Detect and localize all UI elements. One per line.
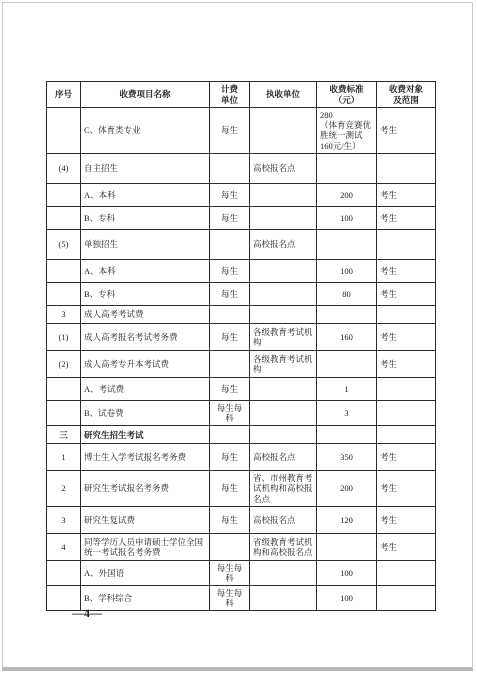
cell-agency	[250, 282, 317, 305]
cell-unit	[210, 153, 250, 183]
cell-std: 3	[317, 400, 377, 425]
cell-std: 100	[317, 560, 377, 585]
cell-agency	[250, 259, 317, 282]
cell-unit: 每生	[210, 108, 250, 154]
table-row: 1博士生入学考试报名考务费每生高校报名点350考生	[47, 444, 436, 471]
column-header-std: 收费标准 （元）	[317, 82, 377, 108]
cell-unit	[210, 229, 250, 259]
cell-std: 100	[317, 206, 377, 229]
cell-target: 考生	[377, 471, 436, 507]
table-row: B、专科每生80考生	[47, 282, 436, 305]
cell-agency: 各级教育考试机构	[250, 350, 317, 377]
cell-no	[47, 560, 81, 585]
cell-std: 200	[317, 471, 377, 507]
table-row: (2)成人高考专升本考试费各级教育考试机构考生	[47, 350, 436, 377]
cell-target: 考生	[377, 350, 436, 377]
cell-unit	[210, 305, 250, 323]
cell-no: 三	[47, 426, 81, 444]
cell-unit: 每生每科	[210, 400, 250, 425]
cell-no	[47, 108, 81, 154]
table-body: C、体育类专业每生280 （体育竞赛优胜统一测试160元/生）考生(4)自主招生…	[47, 108, 436, 611]
cell-std: 350	[317, 444, 377, 471]
column-header-agency: 执收单位	[250, 82, 317, 108]
cell-target: 考生	[377, 108, 436, 154]
fee-schedule-table: 序号 收费项目名称 计费 单位 执收单位 收费标准 （元） 收费对象 及范围 C…	[46, 81, 436, 611]
cell-name: A、外国语	[81, 560, 210, 585]
cell-no: (5)	[47, 229, 81, 259]
cell-name: 单独招生	[81, 229, 210, 259]
cell-name: 研究生复试费	[81, 506, 210, 533]
cell-target	[377, 229, 436, 259]
cell-std	[317, 350, 377, 377]
cell-target: 考生	[377, 282, 436, 305]
cell-no	[47, 259, 81, 282]
cell-no: 2	[47, 471, 81, 507]
table-row: (1)成人高考报名考试考务费每生各级教育考试机构160考生	[47, 323, 436, 350]
cell-no	[47, 282, 81, 305]
cell-agency	[250, 426, 317, 444]
cell-std	[317, 305, 377, 323]
cell-agency: 高校报名点	[250, 153, 317, 183]
cell-std	[317, 426, 377, 444]
cell-no: 1	[47, 444, 81, 471]
cell-std: 200	[317, 183, 377, 206]
cell-std: 100	[317, 259, 377, 282]
cell-unit: 每生	[210, 323, 250, 350]
cell-agency: 省、市州教育考试机构和高校报名点	[250, 471, 317, 507]
cell-no: (2)	[47, 350, 81, 377]
table-header-row: 序号 收费项目名称 计费 单位 执收单位 收费标准 （元） 收费对象 及范围	[47, 82, 436, 108]
table-row: 4同等学历人员申请硕士学位全国统一考试报名考务费省级教育考试机构和高校报名点考生	[47, 533, 436, 560]
cell-name: 同等学历人员申请硕士学位全国统一考试报名考务费	[81, 533, 210, 560]
cell-target: 考生	[377, 183, 436, 206]
table-row: B、专科每生100考生	[47, 206, 436, 229]
cell-no	[47, 183, 81, 206]
cell-agency: 高校报名点	[250, 444, 317, 471]
page-number: —4—	[72, 606, 102, 621]
cell-name: B、专科	[81, 282, 210, 305]
cell-agency: 省级教育考试机构和高校报名点	[250, 533, 317, 560]
cell-unit: 每生	[210, 183, 250, 206]
cell-agency	[250, 560, 317, 585]
cell-agency	[250, 206, 317, 229]
table-row: C、体育类专业每生280 （体育竞赛优胜统一测试160元/生）考生	[47, 108, 436, 154]
cell-target	[377, 153, 436, 183]
table-row: A、本科每生200考生	[47, 183, 436, 206]
cell-name: 研究生考试报名考务费	[81, 471, 210, 507]
cell-unit: 每生	[210, 206, 250, 229]
cell-std: 80	[317, 282, 377, 305]
cell-agency	[250, 108, 317, 154]
cell-unit: 每生	[210, 377, 250, 400]
cell-no	[47, 400, 81, 425]
cell-no: (4)	[47, 153, 81, 183]
table-row: A、外国语每生每科100	[47, 560, 436, 585]
cell-unit: 每生	[210, 259, 250, 282]
cell-std	[317, 229, 377, 259]
cell-agency	[250, 586, 317, 611]
cell-target: 考生	[377, 323, 436, 350]
cell-name: 博士生入学考试报名考务费	[81, 444, 210, 471]
cell-std	[317, 153, 377, 183]
cell-agency: 高校报名点	[250, 229, 317, 259]
cell-target: 考生	[377, 206, 436, 229]
column-header-unit: 计费 单位	[210, 82, 250, 108]
cell-name: 成人高考专升本考试费	[81, 350, 210, 377]
cell-no: 4	[47, 533, 81, 560]
cell-no: (1)	[47, 323, 81, 350]
cell-std: 100	[317, 586, 377, 611]
cell-unit: 每生	[210, 506, 250, 533]
table-row: 3研究生复试费每生高校报名点120考生	[47, 506, 436, 533]
cell-std: 160	[317, 323, 377, 350]
cell-agency	[250, 400, 317, 425]
cell-target	[377, 586, 436, 611]
cell-no	[47, 206, 81, 229]
cell-target	[377, 305, 436, 323]
cell-target	[377, 400, 436, 425]
column-header-target: 收费对象 及范围	[377, 82, 436, 108]
cell-name: 研究生招生考试	[81, 426, 210, 444]
cell-std: 120	[317, 506, 377, 533]
cell-std: 1	[317, 377, 377, 400]
cell-name: B、专科	[81, 206, 210, 229]
table-row: B、试卷费每生每科3	[47, 400, 436, 425]
cell-std	[317, 533, 377, 560]
cell-name: 成人高考报名考试考务费	[81, 323, 210, 350]
cell-unit	[210, 350, 250, 377]
cell-std: 280 （体育竞赛优胜统一测试160元/生）	[317, 108, 377, 154]
cell-agency	[250, 305, 317, 323]
cell-agency: 各级教育考试机构	[250, 323, 317, 350]
table-row: A、考试费每生1	[47, 377, 436, 400]
cell-target	[377, 426, 436, 444]
table-row: (4)自主招生高校报名点	[47, 153, 436, 183]
cell-name: B、试卷费	[81, 400, 210, 425]
cell-unit: 每生每科	[210, 586, 250, 611]
cell-name: A、本科	[81, 183, 210, 206]
cell-target: 考生	[377, 506, 436, 533]
cell-agency	[250, 377, 317, 400]
cell-unit: 每生	[210, 471, 250, 507]
cell-target: 考生	[377, 533, 436, 560]
column-header-no: 序号	[47, 82, 81, 108]
cell-agency	[250, 183, 317, 206]
cell-unit: 每生	[210, 282, 250, 305]
cell-name: A、考试费	[81, 377, 210, 400]
scanned-page: 序号 收费项目名称 计费 单位 执收单位 收费标准 （元） 收费对象 及范围 C…	[2, 2, 473, 671]
cell-no: 3	[47, 305, 81, 323]
cell-target	[377, 377, 436, 400]
table-header: 序号 收费项目名称 计费 单位 执收单位 收费标准 （元） 收费对象 及范围	[47, 82, 436, 108]
cell-unit: 每生每科	[210, 560, 250, 585]
table-row: B、学科综合每生每科100	[47, 586, 436, 611]
table-row: (5)单独招生高校报名点	[47, 229, 436, 259]
cell-name: C、体育类专业	[81, 108, 210, 154]
cell-target: 考生	[377, 444, 436, 471]
table-row: A、本科每生100考生	[47, 259, 436, 282]
cell-name: 自主招生	[81, 153, 210, 183]
table-row: 3成人高考考试费	[47, 305, 436, 323]
cell-name: 成人高考考试费	[81, 305, 210, 323]
cell-unit	[210, 426, 250, 444]
column-header-name: 收费项目名称	[81, 82, 210, 108]
cell-target	[377, 560, 436, 585]
cell-name: A、本科	[81, 259, 210, 282]
cell-agency: 高校报名点	[250, 506, 317, 533]
cell-unit	[210, 533, 250, 560]
table-row: 三研究生招生考试	[47, 426, 436, 444]
cell-no: 3	[47, 506, 81, 533]
table-row: 2研究生考试报名考务费每生省、市州教育考试机构和高校报名点200考生	[47, 471, 436, 507]
cell-target: 考生	[377, 259, 436, 282]
cell-no	[47, 377, 81, 400]
cell-unit: 每生	[210, 444, 250, 471]
